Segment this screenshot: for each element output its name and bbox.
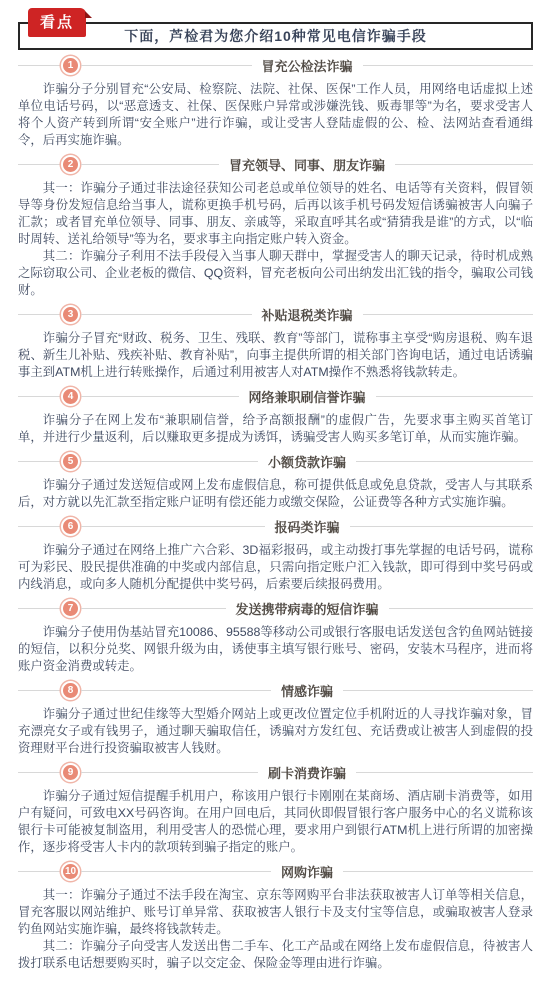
- divider-line: [18, 871, 60, 872]
- divider-line: [356, 461, 533, 462]
- section-header: 6 报码类诈骗: [18, 514, 533, 538]
- section-header: 4 网络兼职刷信誉诈骗: [18, 384, 533, 408]
- article-page: 看点 下面，芦检君为您介绍10种常见电信诈骗手段 1 冒充公检法诈骗 诈骗分子分…: [0, 0, 551, 1008]
- section-title: 网购诈骗: [281, 862, 333, 881]
- divider-line: [81, 772, 258, 773]
- section-header: 9 刷卡消费诈骗: [18, 760, 533, 784]
- divider-line: [395, 164, 533, 165]
- section-5: 5 小额贷款诈骗 诈骗分子通过发送短信或网上发布虚假信息，称可提供低息或免息贷款…: [0, 449, 551, 511]
- divider-line: [18, 314, 60, 315]
- section-header: 5 小额贷款诈骗: [18, 449, 533, 473]
- intro-title: 下面，芦检君为您介绍10种常见电信诈骗手段: [124, 26, 427, 46]
- divider-line: [81, 65, 252, 66]
- divider-line: [376, 396, 534, 397]
- section-number-badge: 7: [61, 599, 80, 618]
- section-title: 冒充公检法诈骗: [262, 56, 353, 75]
- section-header: 2 冒充领导、同事、朋友诈骗: [18, 152, 533, 176]
- header: 看点 下面，芦检君为您介绍10种常见电信诈骗手段: [18, 8, 533, 50]
- divider-line: [81, 690, 271, 691]
- divider-line: [18, 164, 60, 165]
- section-paragraph: 诈骗分子在网上发布“兼职刷信誉，给予高额报酬”的虚假广告，先要求事主购买首笔订单…: [18, 412, 533, 446]
- section-2: 2 冒充领导、同事、朋友诈骗 其一：诈骗分子通过非法途径获知公司老总或单位领导的…: [0, 152, 551, 299]
- section-3: 3 补贴退税类诈骗 诈骗分子冒充“财政、税务、卫生、残联、教育”等部门，谎称事主…: [0, 302, 551, 381]
- section-number-badge: 9: [61, 763, 80, 782]
- section-paragraph: 诈骗分子冒充“财政、税务、卫生、残联、教育”等部门，谎称事主享受“购房退税、购车…: [18, 330, 533, 381]
- section-paragraph: 诈骗分子通过在网络上推广六合彩、3D福彩报码，或主动拨打事先掌握的电话号码，谎称…: [18, 542, 533, 593]
- section-paragraph: 其一：诈骗分子通过非法途径获知公司老总或单位领导的姓名、电话等有关资料，假冒领导…: [18, 180, 533, 248]
- section-number-badge: 3: [61, 305, 80, 324]
- section-paragraph: 诈骗分子通过短信提醒手机用户，称该用户银行卡刚刚在某商场、酒店刷卡消费等，如用户…: [18, 788, 533, 856]
- divider-line: [363, 65, 534, 66]
- divider-line: [18, 65, 60, 66]
- section-paragraph: 其二：诈骗分子向受害人发送出售二手车、化工产品或在网络上发布虚假信息，待被害人拨…: [18, 938, 533, 972]
- divider-line: [81, 526, 265, 527]
- section-title: 刷卡消费诈骗: [268, 763, 346, 782]
- divider-line: [18, 772, 60, 773]
- divider-line: [356, 772, 533, 773]
- divider-line: [81, 608, 226, 609]
- divider-line: [343, 690, 533, 691]
- divider-line: [343, 871, 533, 872]
- divider-line: [81, 396, 239, 397]
- divider-line: [363, 314, 534, 315]
- divider-line: [18, 608, 60, 609]
- section-title: 网络兼职刷信誉诈骗: [249, 387, 366, 406]
- section-title: 发送携带病毒的短信诈骗: [236, 599, 379, 618]
- section-header: 10 网购诈骗: [18, 859, 533, 883]
- section-number-badge: 5: [61, 452, 80, 471]
- section-8: 8 情感诈骗 诈骗分子通过世纪佳缘等大型婚介网站上或更改位置定位手机附近的人寻找…: [0, 678, 551, 757]
- divider-line: [18, 461, 60, 462]
- section-6: 6 报码类诈骗 诈骗分子通过在网络上推广六合彩、3D福彩报码，或主动拨打事先掌握…: [0, 514, 551, 593]
- section-title: 冒充领导、同事、朋友诈骗: [229, 155, 385, 174]
- divider-line: [81, 164, 219, 165]
- section-number-badge: 10: [61, 862, 80, 881]
- section-number-badge: 4: [61, 387, 80, 406]
- divider-line: [350, 526, 534, 527]
- divider-line: [81, 461, 258, 462]
- section-paragraph: 诈骗分子使用伪基站冒充10086、95588等移动公司或银行客服电话发送包含钓鱼…: [18, 624, 533, 675]
- section-1: 1 冒充公检法诈骗 诈骗分子分别冒充“公安局、检察院、法院、社保、医保”工作人员…: [0, 53, 551, 149]
- divider-line: [81, 871, 271, 872]
- highlight-badge: 看点: [28, 8, 86, 37]
- section-header: 1 冒充公检法诈骗: [18, 53, 533, 77]
- badge-fold-icon: [85, 11, 92, 18]
- section-10: 10 网购诈骗 其一：诈骗分子通过不法手段在淘宝、京东等网购平台非法获取被害人订…: [0, 859, 551, 972]
- section-paragraph: 诈骗分子分别冒充“公安局、检察院、法院、社保、医保”工作人员，用网络电话虚拟上述…: [18, 81, 533, 149]
- section-number-badge: 8: [61, 681, 80, 700]
- section-9: 9 刷卡消费诈骗 诈骗分子通过短信提醒手机用户，称该用户银行卡刚刚在某商场、酒店…: [0, 760, 551, 856]
- divider-line: [81, 314, 252, 315]
- section-header: 8 情感诈骗: [18, 678, 533, 702]
- section-paragraph: 其二：诈骗分子利用不法手段侵入当事人聊天群中，掌握受害人的聊天记录，待时机成熟之…: [18, 248, 533, 299]
- intro-box: 下面，芦检君为您介绍10种常见电信诈骗手段: [18, 22, 533, 50]
- divider-line: [389, 608, 534, 609]
- section-title: 补贴退税类诈骗: [262, 305, 353, 324]
- section-paragraph: 其一：诈骗分子通过不法手段在淘宝、京东等网购平台非法获取被害人订单等相关信息，冒…: [18, 887, 533, 938]
- section-title: 情感诈骗: [281, 681, 333, 700]
- divider-line: [18, 526, 60, 527]
- section-number-badge: 2: [61, 155, 80, 174]
- divider-line: [18, 396, 60, 397]
- section-4: 4 网络兼职刷信誉诈骗 诈骗分子在网上发布“兼职刷信誉，给予高额报酬”的虚假广告…: [0, 384, 551, 446]
- section-number-badge: 1: [61, 56, 80, 75]
- section-header: 7 发送携带病毒的短信诈骗: [18, 596, 533, 620]
- section-header: 3 补贴退税类诈骗: [18, 302, 533, 326]
- section-paragraph: 诈骗分子通过发送短信或网上发布虚假信息，称可提供低息或免息贷款，受害人与其联系后…: [18, 477, 533, 511]
- section-paragraph: 诈骗分子通过世纪佳缘等大型婚介网站上或更改位置定位手机附近的人寻找诈骗对象，冒充…: [18, 706, 533, 757]
- divider-line: [18, 690, 60, 691]
- section-7: 7 发送携带病毒的短信诈骗 诈骗分子使用伪基站冒充10086、95588等移动公…: [0, 596, 551, 675]
- section-title: 报码类诈骗: [275, 517, 340, 536]
- section-title: 小额贷款诈骗: [268, 452, 346, 471]
- section-number-badge: 6: [61, 517, 80, 536]
- badge-label: 看点: [40, 14, 74, 31]
